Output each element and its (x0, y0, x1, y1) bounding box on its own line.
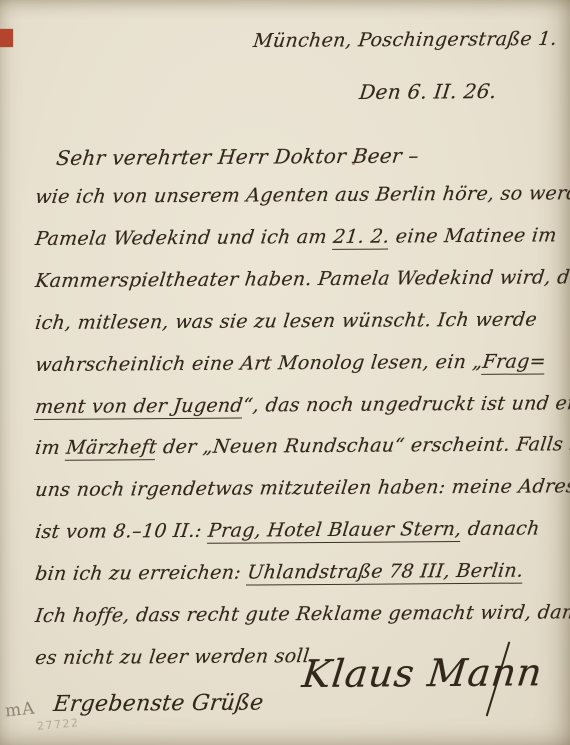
handwriting-segment: Kammerspieltheater haben. Pamela Wedekin… (34, 266, 570, 292)
salutation-line: Sehr verehrter Herr Doktor Beer – (55, 143, 420, 170)
closing-line: Ergebenste Grüße (52, 691, 265, 717)
handwriting-segment: “, das noch ungedruckt ist und erst (242, 392, 570, 416)
handwriting-segment: ist vom 8.–10 II.: (34, 520, 209, 543)
underlined-phrase: Prag, Hotel Blauer Stern, (207, 518, 463, 544)
letter-page: München, Poschingerstraße 1. Den 6. II. … (0, 0, 570, 745)
handwriting-segment: wie ich von unserem Agenten aus Berlin h… (34, 182, 570, 208)
handwriting-segment: im (34, 437, 68, 459)
handwritten-line: Ich hoffe, dass recht gute Reklame gemac… (34, 601, 570, 627)
underlined-phrase: 21. 2. (332, 225, 391, 249)
handwriting-segment: wahrscheinlich eine Art Monolog lesen, e… (34, 350, 484, 375)
handwriting-segment: uns noch irgendetwas mitzuteilen haben: … (34, 475, 570, 501)
underlined-phrase: Uhlandstraße 78 III, Berlin. (246, 560, 525, 586)
handwriting-segment: ich, mitlesen, was sie zu lesen wünscht.… (34, 308, 538, 333)
handwritten-line: ment von der Jugend“, das noch ungedruck… (34, 392, 570, 418)
handwritten-line: bin ich zu erreichen: Uhlandstraße 78 II… (34, 560, 525, 585)
underlined-phrase: ment von der Jugend (34, 394, 244, 419)
handwritten-line: uns noch irgendetwas mitzuteilen haben: … (34, 475, 570, 501)
handwriting-segment: bin ich zu erreichen: (34, 562, 249, 585)
handwriting-segment: danach (460, 518, 541, 541)
underlined-phrase: Frag= (481, 350, 547, 374)
handwritten-line: ich, mitlesen, was sie zu lesen wünscht.… (34, 308, 538, 333)
handwriting-segment: Pamela Wedekind und ich am (34, 226, 335, 250)
pencil-monogram: mA (4, 698, 36, 721)
handwriting-segment: eine Matinee im (388, 224, 558, 247)
handwritten-line: Pamela Wedekind und ich am 21. 2. eine M… (34, 224, 558, 250)
handwriting-segment: der „Neuen Rundschau“ erscheint. Falls S… (156, 433, 570, 458)
handwritten-line: Kammerspieltheater haben. Pamela Wedekin… (34, 266, 570, 292)
handwritten-line: wie ich von unserem Agenten aus Berlin h… (34, 182, 570, 208)
handwriting-segment: es nicht zu leer werden soll. (34, 645, 317, 669)
date-line: Den 6. II. 26. (358, 79, 498, 104)
place-line: München, Poschingerstraße 1. (252, 28, 558, 52)
handwriting-segment: Ich hoffe, dass recht gute Reklame gemac… (34, 601, 570, 627)
signature: Klaus Mann (300, 650, 545, 696)
handwritten-line: wahrscheinlich eine Art Monolog lesen, e… (34, 350, 547, 376)
handwritten-line: ist vom 8.–10 II.: Prag, Hotel Blauer St… (34, 518, 541, 544)
red-edge-mark (0, 29, 13, 47)
handwritten-line: im Märzheft der „Neuen Rundschau“ ersche… (34, 433, 570, 459)
pencil-number: 27722 (37, 716, 80, 733)
underlined-phrase: Märzheft (65, 437, 158, 462)
handwritten-line: es nicht zu leer werden soll. (34, 645, 317, 669)
